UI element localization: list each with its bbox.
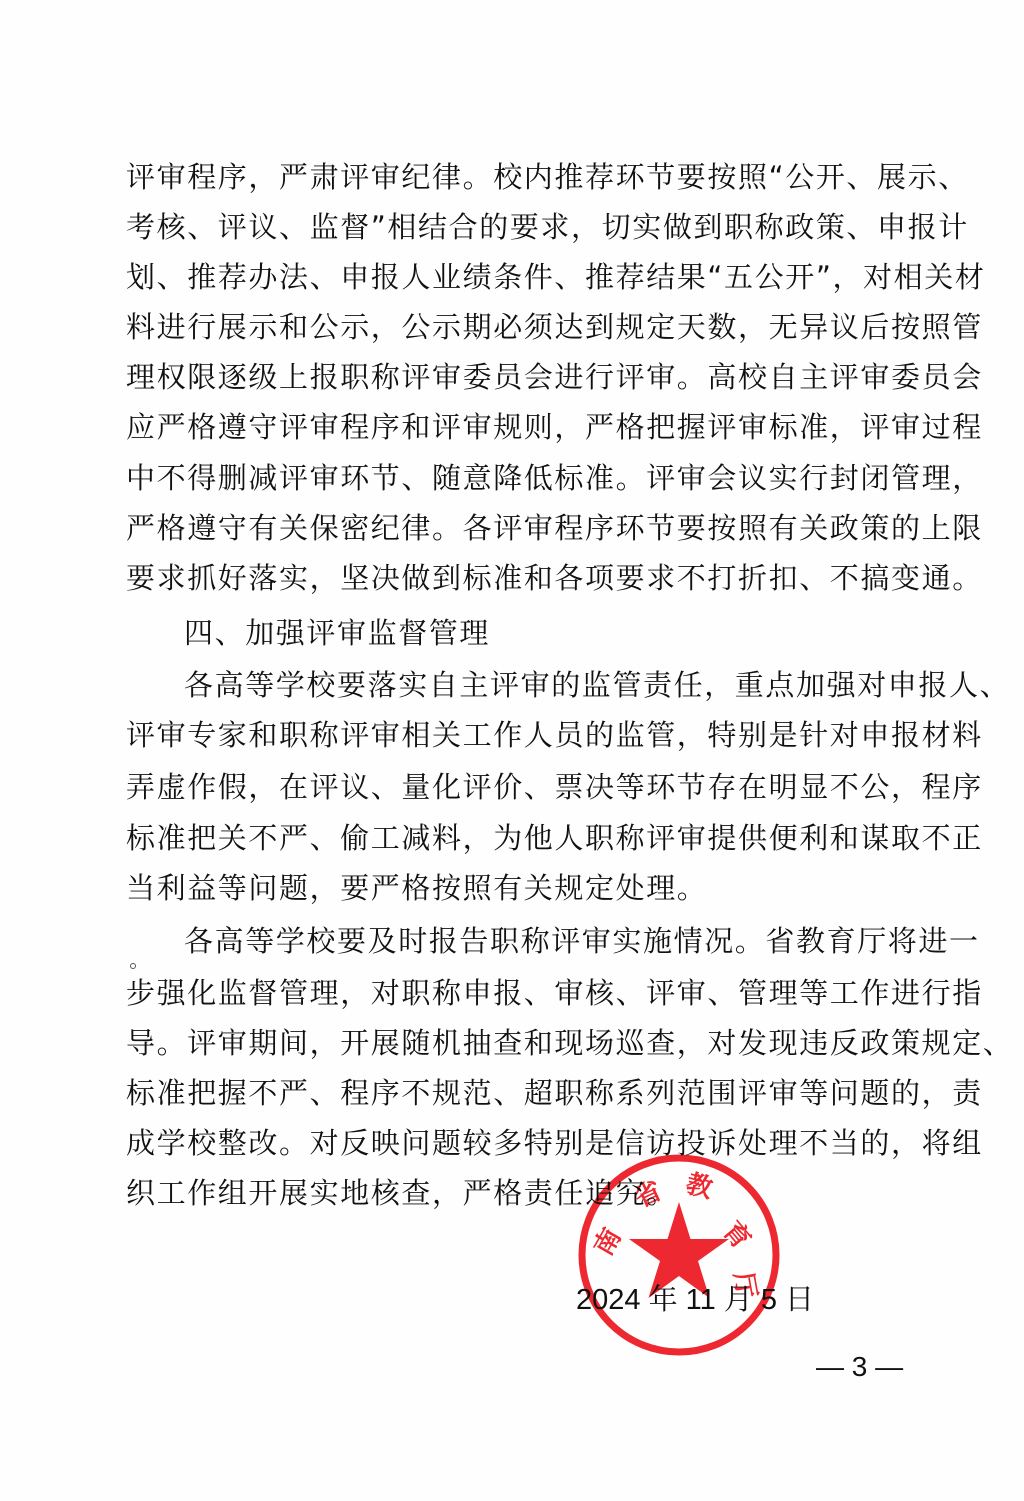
- seal-char: 南: [589, 1223, 628, 1261]
- text-line: 各高等学校要及时报告职称评审实施情况。省教育厅将进一: [184, 921, 984, 961]
- text-line: 中不得删减评审环节、随意降低标准。评审会议实行封闭管理，: [126, 458, 926, 498]
- text-line: 织工作组开展实地核查，严格责任追究。: [126, 1173, 926, 1213]
- text-line: 标准把关不严、偷工减料，为他人职称评审提供便利和谋取不正: [126, 818, 926, 858]
- text-line: 评审程序，严肃评审纪律。校内推荐环节要按照“公开、展示、: [126, 157, 926, 197]
- text-line: 考核、评议、监督”相结合的要求，切实做到职称政策、申报计: [126, 207, 926, 247]
- text-line: 要求抓好落实，坚决做到标准和各项要求不打折扣、不搞变通。: [126, 558, 926, 598]
- text-line: 各高等学校要落实自主评审的监管责任，重点加强对申报人、: [184, 665, 984, 705]
- text-line: 成学校整改。对反映问题较多特别是信访投诉处理不当的，将组: [126, 1123, 926, 1163]
- text-line: 严格遵守有关保密纪律。各评审程序环节要按照有关政策的上限: [126, 508, 926, 548]
- text-line: 当利益等问题，要严格按照有关规定处理。: [126, 868, 926, 908]
- section-heading: 四、加强评审监督管理: [184, 613, 984, 653]
- text-line: 导。评审期间，开展随机抽查和现场巡查，对发现违反政策规定、: [126, 1023, 926, 1063]
- text-line: 料进行展示和公示，公示期必须达到规定天数，无异议后按照管: [126, 307, 926, 347]
- text-line: 划、推荐办法、申报人业绩条件、推荐结果“五公开”，对相关材: [126, 257, 926, 297]
- seal-char: 省: [630, 1176, 666, 1214]
- page-number: — 3 —: [816, 1347, 903, 1387]
- text-line: 应严格遵守评审程序和评审规则，严格把握评审标准，评审过程: [126, 407, 926, 447]
- text-line: 理权限逐级上报职称评审委员会进行评审。高校自主评审委员会: [126, 357, 926, 397]
- text-line: 弄虚作假，在评议、量化评价、票决等环节存在明显不公，程序: [126, 767, 926, 807]
- text-line: 评审专家和职称评审相关工作人员的监管，特别是针对申报材料: [126, 715, 926, 755]
- seal-char: 育: [717, 1215, 757, 1255]
- seal-char: 教: [683, 1169, 717, 1205]
- document-page: 评审程序，严肃评审纪律。校内推荐环节要按照“公开、展示、 考核、评议、监督”相结…: [0, 0, 1024, 1501]
- text-line: 标准把握不严、程序不规范、超职称系列范围评审等问题的，责: [126, 1073, 926, 1113]
- stray-mark: [130, 963, 136, 969]
- text-line: 步强化监督管理，对职称申报、审核、评审、管理等工作进行指: [126, 973, 926, 1013]
- signature-date: 2024 年 11 月 5 日: [576, 1280, 814, 1320]
- official-seal: 南 省 教 育 厅: [576, 1152, 782, 1358]
